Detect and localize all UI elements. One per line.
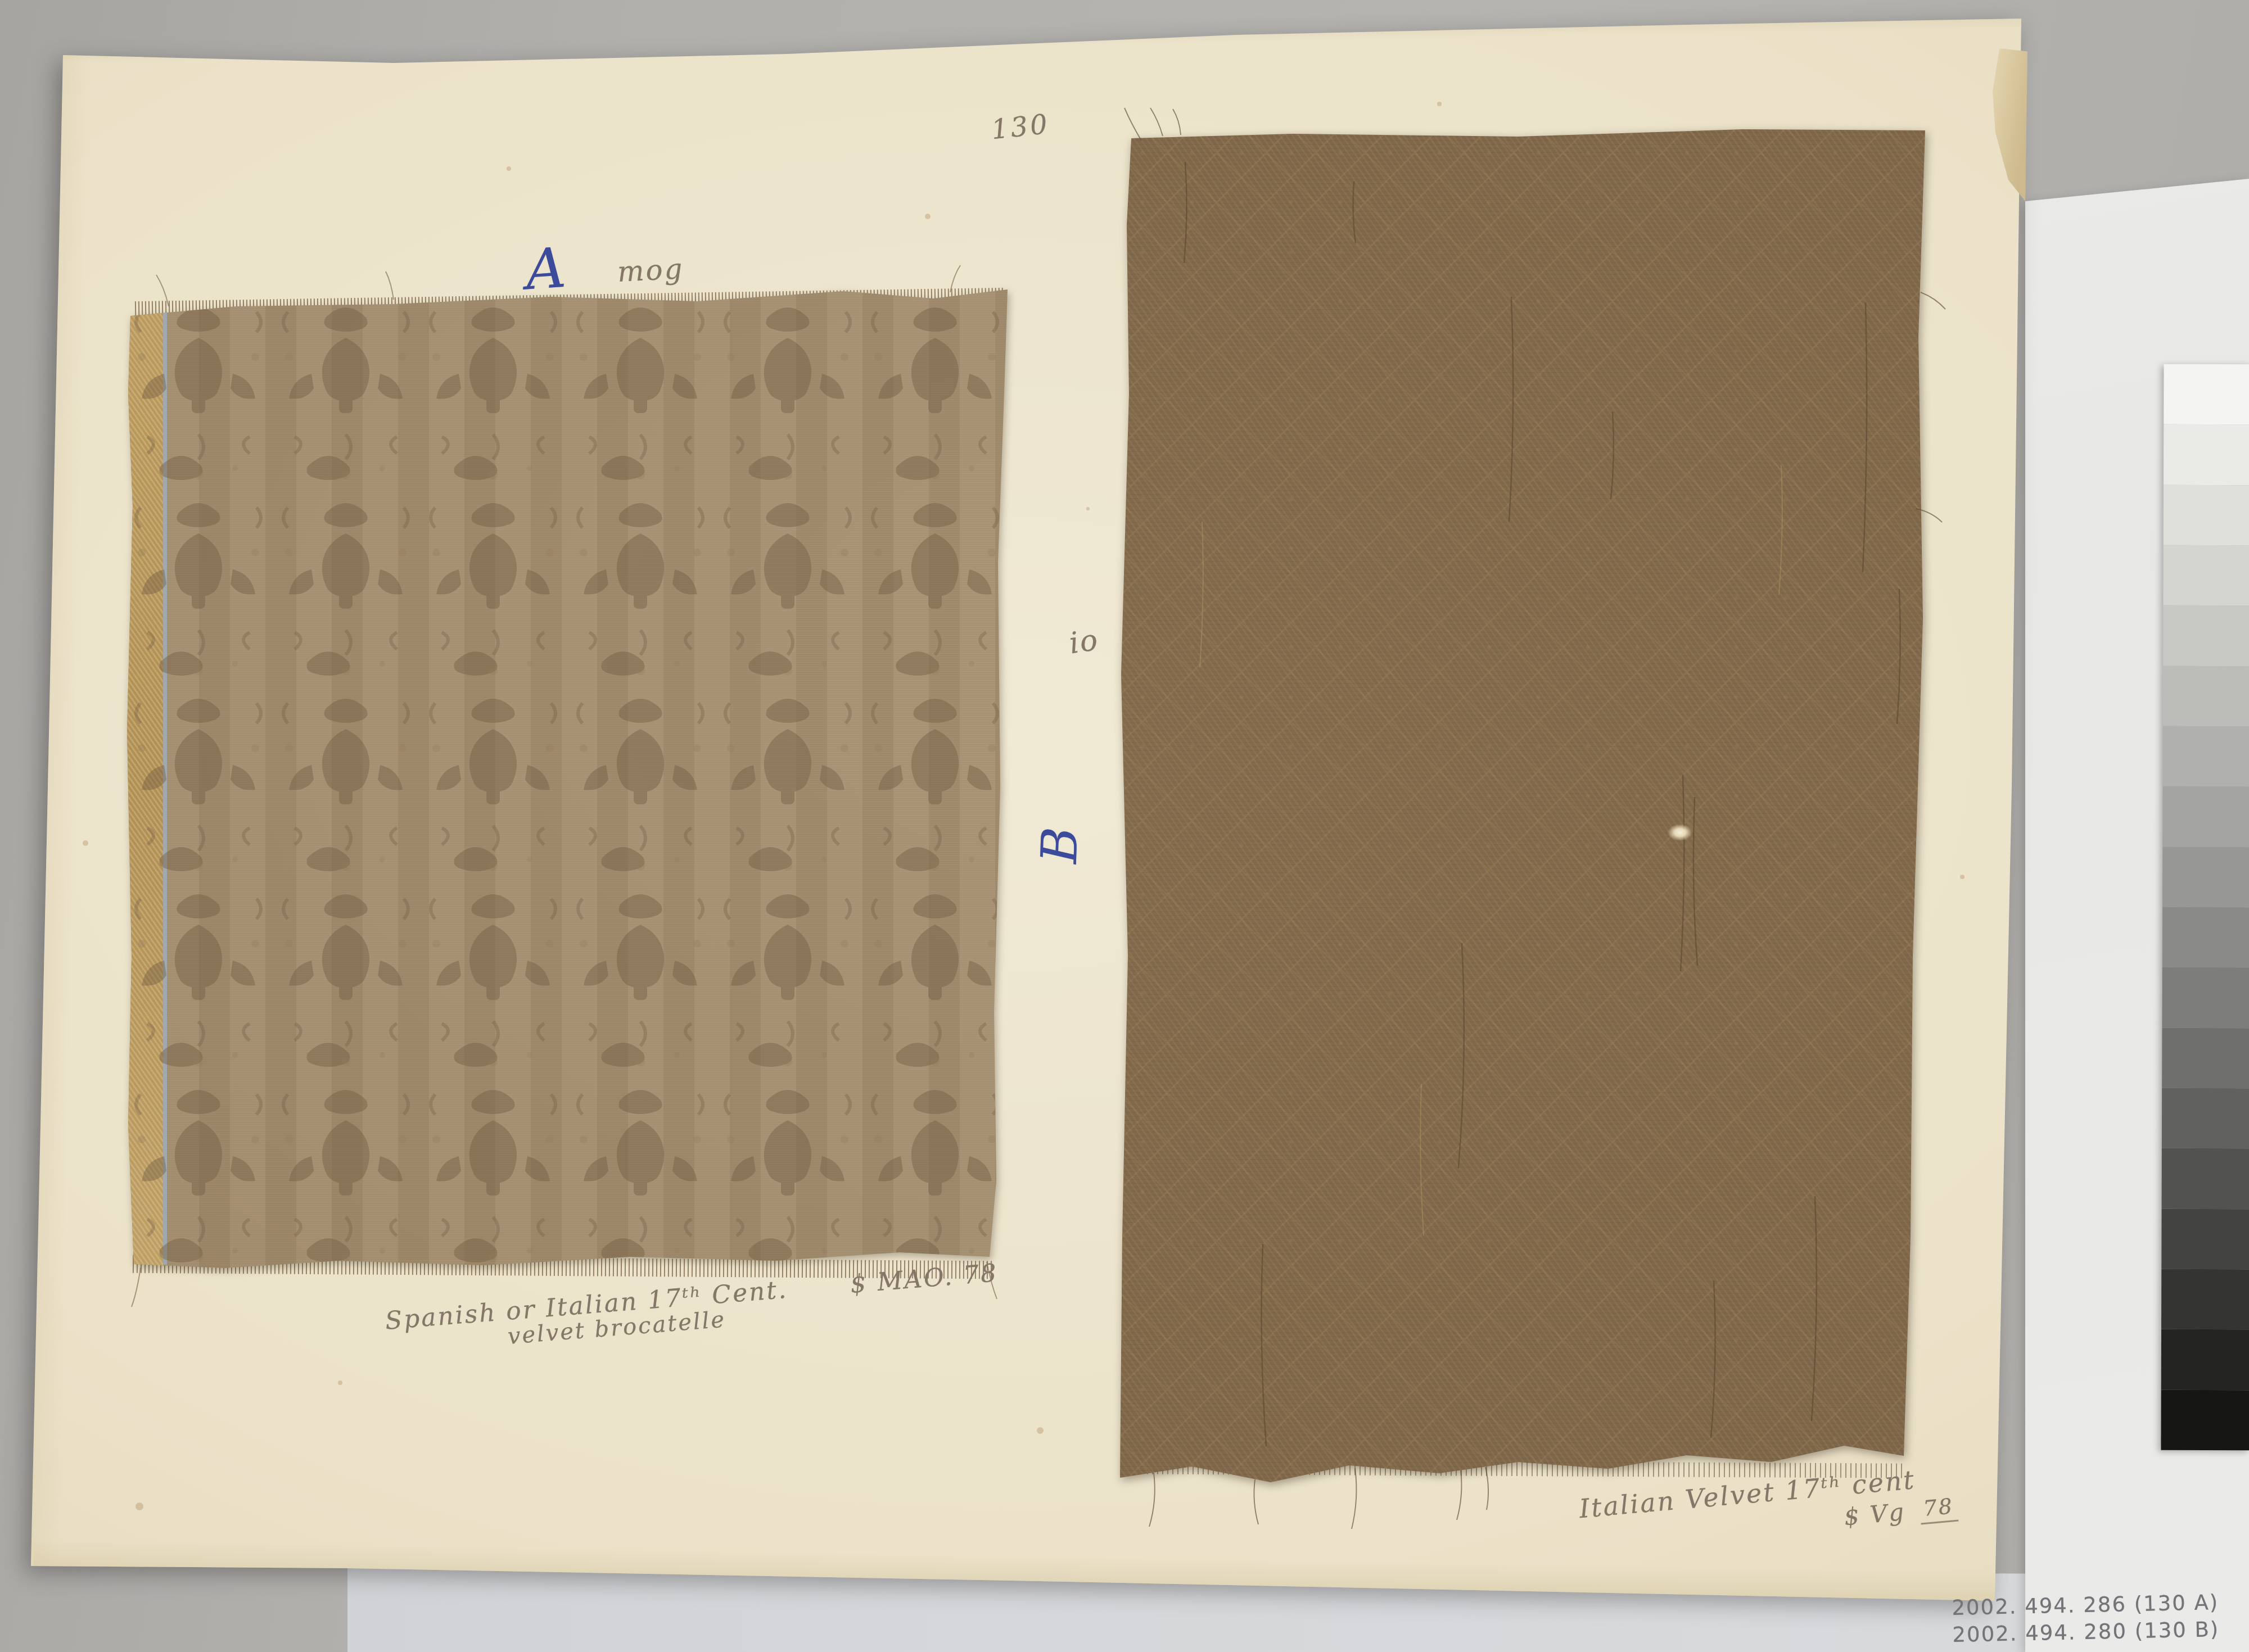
mount-board-wrap: 130 A mog io B Spanish or Italian 17ᵗʰ C… [0,0,2249,1652]
annotation-letter-b: B [1030,826,1089,864]
annotation-letter-a: A [523,236,568,303]
annotation-center-mark: io [1067,623,1101,661]
damask-lattice-pattern [1118,128,1925,1483]
accession-line-2: 2002. 494. 280 (130 B) [1952,1616,2220,1649]
accession-numbers: 2002. 494. 286 (130 A) 2002. 494. 280 (1… [1952,1589,2220,1649]
damage-hole [1668,824,1692,841]
archival-photograph: { "annotations": { "page_number": "130",… [0,0,2249,1652]
annotation-page-number: 130 [990,108,1051,146]
textile-sample-b [0,0,2249,1652]
caption-b-price-value: 78 [1919,1493,1958,1525]
caption-b-price-sign: $ Vg [1843,1498,1907,1531]
textile-sample-b-wrap [0,0,2249,1652]
annotation-code-a: mog [617,252,685,288]
mount-board: 130 A mog io B Spanish or Italian 17ᵗʰ C… [0,0,2249,1652]
